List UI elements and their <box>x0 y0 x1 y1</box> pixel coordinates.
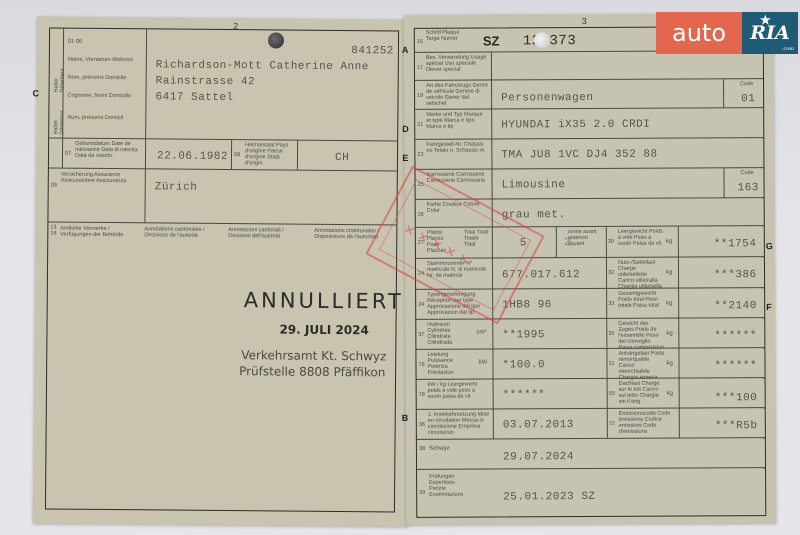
remarks-label-de: Amtliche Vermerke / Verfügungen der Behö… <box>60 226 135 239</box>
page-number: 3 <box>582 16 587 26</box>
issue-row: 38 Schwyz 29.07.2024 <box>417 438 765 470</box>
total-weight: **2140 <box>714 300 757 312</box>
section-letter-c: C <box>33 88 40 98</box>
watermark-ria: ★ RIA .com <box>742 12 798 54</box>
remarks-header: 13 14 Amtliche Vermerke / Verfügungen de… <box>48 224 396 241</box>
insurance-field-number: 09 <box>51 182 57 188</box>
displacement: **1995 <box>502 329 545 341</box>
make-model: HYUNDAI iX35 2.0 CRDI <box>501 119 650 132</box>
body-code: 163 <box>738 182 759 194</box>
owner-field-range: 01-06 <box>68 39 82 45</box>
vehicle-frame: 15 Schild Plaque Targa Numer SZ 126373 1… <box>414 26 767 518</box>
empty-weight: **1754 <box>714 238 757 250</box>
star-icon: ★ <box>760 13 771 27</box>
remarks-label-fr: Annotations cantonales / Décisions de l'… <box>144 226 219 239</box>
insurance-label: Versicherung Assurance Assicurazione Ass… <box>61 172 141 185</box>
make-model-row: 21 Marke und Typ Marque et type Marca e … <box>415 108 763 140</box>
vehicle-color: grau met. <box>502 209 566 221</box>
owner-label-rm: Num, prenums Domicil <box>67 115 137 122</box>
birth-date: 22.06.1982 <box>157 150 228 163</box>
chassis-row: 23 Fahrgestell-Nr. Châssis no Telaio n. … <box>415 138 763 170</box>
type-approval-number: 1HB8 96 <box>502 299 552 311</box>
body-type: Limousine <box>502 179 566 191</box>
emission-code: ***R5b <box>715 420 758 432</box>
owner-side-label: Halter Détenteur <box>54 53 62 93</box>
first-registration-row: 36 1. Inverkehrsetzung Mise en circulati… <box>417 408 765 440</box>
seats-total: 5 <box>520 237 527 249</box>
origin-field-number: 08 <box>234 152 240 158</box>
autoria-watermark: auto ★ RIA .com <box>656 12 798 54</box>
matricule-number: 677.017.612 <box>502 269 580 281</box>
plate-canton: SZ <box>483 33 500 48</box>
train-weight: ****** <box>714 330 757 342</box>
owner-label-fr: Nom, prénoms Domicile <box>68 75 138 82</box>
power-weight-ratio: ****** <box>503 389 546 401</box>
owner-label-de: Name, Vornamen Wohnort <box>68 57 138 64</box>
remarks-label-rm: Annotaziuns chantunalas / Disposiziuns d… <box>314 228 396 241</box>
inspection-row: 39 Prüfungen Expertises Perizie Examinaz… <box>417 468 765 518</box>
origin-label: Heimatstaat Pays d'origine Paese d'origi… <box>245 142 295 166</box>
roof-load: ***100 <box>715 392 758 404</box>
owner-street: Rainstrasse 42 <box>156 75 256 88</box>
special-use-row: 17 Bes. Verwendung Usage spécial Uso spe… <box>415 51 763 81</box>
first-registration-date: 03.07.2013 <box>503 419 574 431</box>
trailer-load: ****** <box>714 360 757 372</box>
body-row: 25 Karrosserie Carrosserie Carrozzeria C… <box>415 168 763 200</box>
insurance-row: 09 Versicherung Assurance Assicurazione … <box>48 168 396 225</box>
chassis-number: TMA JU8 1VC DJ4 352 88 <box>501 149 657 162</box>
cancelled-stamp-office: Verkehrsamt Kt. Schwyz <box>241 348 386 363</box>
origin-country: CH <box>335 152 349 164</box>
displacement-row: 37 Hubraum Cylindrée Cilindrata Cilindra… <box>416 318 764 350</box>
owner-label-it: Cognome, Nomi Domicilio <box>68 93 138 100</box>
power-ratio-row: 78 kW / kg Leergewicht poids à vide peso… <box>417 378 765 410</box>
owner-frame: Halter Détenteur Halter Détenteur 01-06 … <box>45 27 399 512</box>
document-number: 841252 <box>351 45 394 57</box>
power-row: 76 Leistung Puissance Potenza Prestaziun… <box>416 348 764 380</box>
punch-hole <box>268 32 284 48</box>
birth-field-number: 07 <box>65 151 71 157</box>
birth-label: Geburtsdatum Date de naissance Data di n… <box>75 141 143 160</box>
registration-page-left: 2 C Halter Détenteur Halter Détenteur 01… <box>33 16 412 526</box>
vehicle-type-row: 19 Art des Fahrzeugs Genre de véhicule G… <box>415 79 763 110</box>
cancelled-stamp-location: Prüfstelle 8808 Pfäffikon <box>239 364 385 379</box>
cancelled-stamp-date: 29. JULI 2024 <box>279 322 368 337</box>
registration-page-right: 3 15 Schild Plaque Targa Numer SZ 126373… <box>404 13 777 525</box>
issue-date: 29.07.2024 <box>503 451 574 463</box>
birth-row: 07 Geburtsdatum Date de naissance Data d… <box>49 138 397 171</box>
color-row: 26 Farbe Couleur Colore Colur grau met. <box>416 198 764 228</box>
insurance-company: Zürich <box>155 181 198 193</box>
inspection-date: 25.01.2023 SZ <box>503 491 595 503</box>
approval-total-weight-row: 24 Typengenehmigung Réception par type A… <box>416 288 764 320</box>
owner-side-label-2: Halter Détenteur <box>53 97 61 135</box>
vehicle-type-code: 01 <box>741 93 755 105</box>
payload: ***386 <box>714 269 757 281</box>
owner-block: Halter Détenteur Halter Détenteur 01-06 … <box>49 28 398 141</box>
owner-name: Richardson-Mott Catherine Anne <box>156 59 369 73</box>
remarks-label-it: Annotazioni cantonali / Decisioni dell'a… <box>228 227 303 240</box>
cancelled-stamp-title: ANNULLIERT <box>244 288 404 313</box>
watermark-auto: auto <box>656 12 742 54</box>
punch-hole <box>534 32 550 48</box>
owner-city: 6417 Sattel <box>155 91 233 104</box>
vehicle-type: Personenwagen <box>501 92 593 104</box>
engine-power: *100.0 <box>502 359 545 371</box>
